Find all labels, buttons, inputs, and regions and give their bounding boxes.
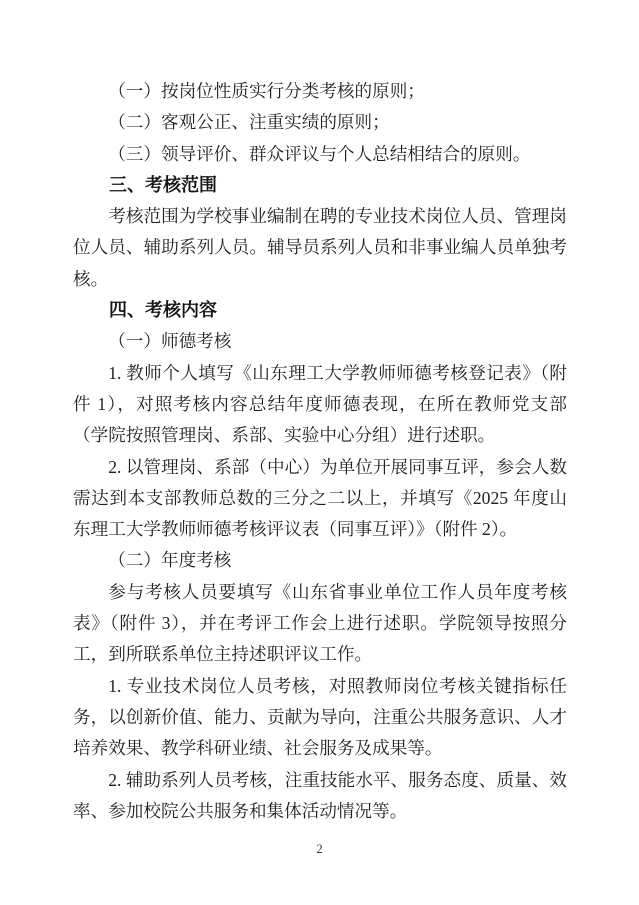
body-paragraph: 1. 教师个人填写《山东理工大学教师师德考核登记表》（附件 1），对照考核内容总… xyxy=(73,358,567,452)
body-paragraph: 考核范围为学校事业编制在聘的专业技术岗位人员、管理岗位人员、辅助系列人员。辅导员… xyxy=(73,201,567,295)
subsection-heading: （一）师德考核 xyxy=(73,326,567,357)
document-page: （一）按岗位性质实行分类考核的原则；（二）客观公正、注重实绩的原则；（三）领导评… xyxy=(0,0,639,905)
page-number: 2 xyxy=(0,842,639,857)
document-body: （一）按岗位性质实行分类考核的原则；（二）客观公正、注重实绩的原则；（三）领导评… xyxy=(73,76,567,827)
body-paragraph: 参与考核人员要填写《山东省事业单位工作人员年度考核表》（附件 3），并在考评工作… xyxy=(73,577,567,671)
subsection-heading: （二）年度考核 xyxy=(73,545,567,576)
body-paragraph: 1. 专业技术岗位人员考核，对照教师岗位考核关键指标任务，以创新价值、能力、贡献… xyxy=(73,671,567,765)
body-paragraph: 2. 以管理岗、系部（中心）为单位开展同事互评，参会人数需达到本支部教师总数的三… xyxy=(73,452,567,546)
section-heading: 四、考核内容 xyxy=(73,295,567,326)
body-paragraph: （一）按岗位性质实行分类考核的原则； xyxy=(73,76,567,107)
body-paragraph: 2. 辅助系列人员考核，注重技能水平、服务态度、质量、效率、参加校院公共服务和集… xyxy=(73,765,567,828)
body-paragraph: （二）客观公正、注重实绩的原则； xyxy=(73,107,567,138)
section-heading: 三、考核范围 xyxy=(73,170,567,201)
body-paragraph: （三）领导评价、群众评议与个人总结相结合的原则。 xyxy=(73,139,567,170)
